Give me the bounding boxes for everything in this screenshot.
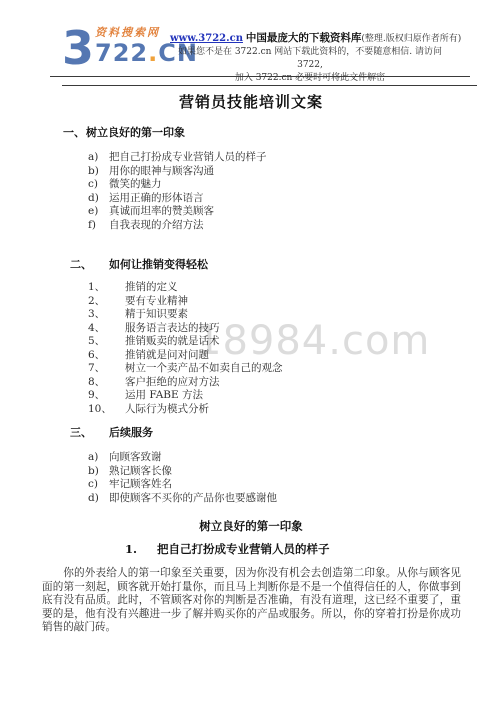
section-2-list: 1、推销的定义 2、要有专业精神 3、精于知识要素 4、服务语言表达的技巧 5、… <box>88 281 283 416</box>
item-marker: c) <box>88 178 109 192</box>
logo-rest-digits: 722 <box>95 39 148 67</box>
item-text: 自我表现的介绍方法 <box>109 219 204 231</box>
subheading-marker: 1. <box>125 542 157 556</box>
item-text: 即使顾客不买你的产品你也要感谢他 <box>109 492 277 504</box>
item-marker: d) <box>88 192 109 206</box>
item-text: 要有专业精神 <box>125 295 188 307</box>
item-text: 客户拒绝的应对方法 <box>125 376 220 388</box>
item-text: 真诚而坦率的赞美顾客 <box>109 205 214 217</box>
item-text: 精于知识要素 <box>125 308 188 320</box>
subheading-text: 把自己打扮成专业营销人员的样子 <box>157 542 330 556</box>
claim-note: (整理.版权归原作者所有) <box>361 34 461 44</box>
site-claim: 中国最庞大的下载资料库 <box>246 32 362 44</box>
header-line1: www.3722.cn 中国最庞大的下载资料库(整理.版权归原作者所有) <box>170 32 450 46</box>
item-marker: d) <box>88 492 109 506</box>
list-item: e)真诚而坦率的赞美顾客 <box>88 205 267 219</box>
page-title: 营销员技能培训文案 <box>42 91 460 112</box>
item-marker: 5、 <box>88 335 125 349</box>
section-2-title: 如何让推销变得轻松 <box>109 258 208 271</box>
header-divider-top <box>50 76 470 77</box>
item-text: 推销就是问对问题 <box>125 349 209 361</box>
header-notice-line2: 如果您不是在 3722.cn 网站下载此资料的，不要随意相信. 请访问 3722… <box>170 46 450 72</box>
list-item: c)牢记顾客姓名 <box>88 478 277 492</box>
item-text: 树立一个卖产品不如卖自己的观念 <box>125 362 283 374</box>
list-item: 2、要有专业精神 <box>88 295 283 309</box>
section-1-list: a)把自己打扮成专业营销人员的样子 b)用你的眼神与顾客沟通 c)微笑的魅力 d… <box>88 151 267 232</box>
list-item: d)运用正确的形体语言 <box>88 192 267 206</box>
item-text: 服务语言表达的技巧 <box>125 322 220 334</box>
section-3-list: a)向顾客致谢 b)熟记顾客长像 c)牢记顾客姓名 d)即使顾客不买你的产品你也… <box>88 451 277 505</box>
item-marker: b) <box>88 465 109 479</box>
list-item: 9、运用 FABE 方法 <box>88 389 283 403</box>
item-text: 牢记顾客姓名 <box>109 478 172 490</box>
section-3-label: 三、 <box>70 424 92 440</box>
header-notice-line3: 加入 3722.cn 必要时可将此文件解密 <box>170 72 450 85</box>
list-item: 3、精于知识要素 <box>88 308 283 322</box>
chapter-subheading: 1.把自己打扮成专业营销人员的样子 <box>125 541 330 557</box>
item-marker: 3、 <box>88 308 125 322</box>
section-3-title: 后续服务 <box>109 426 153 439</box>
list-item: 4、服务语言表达的技巧 <box>88 322 283 336</box>
section-3-heading: 三、后续服务 <box>70 424 153 440</box>
document-page: 18984.com 3 资料搜索网 722.CN www.3722.cn 中国最… <box>0 0 500 708</box>
item-marker: a) <box>88 451 109 465</box>
item-marker: 10、 <box>88 403 125 417</box>
item-marker: 7、 <box>88 362 125 376</box>
item-text: 推销的定义 <box>125 281 178 293</box>
section-1-heading: 一、树立良好的第一印象 <box>63 124 185 140</box>
list-item: 5、推销贩卖的就是话术 <box>88 335 283 349</box>
list-item: 1、推销的定义 <box>88 281 283 295</box>
item-marker: b) <box>88 165 109 179</box>
item-marker: f) <box>88 219 109 233</box>
list-item: b)熟记顾客长像 <box>88 465 277 479</box>
item-marker: e) <box>88 205 109 219</box>
list-item: a)把自己打扮成专业营销人员的样子 <box>88 151 267 165</box>
list-item: 10、人际行为模式分析 <box>88 403 283 417</box>
list-item: b)用你的眼神与顾客沟通 <box>88 165 267 179</box>
section-1-label: 一、 <box>63 124 85 140</box>
list-item: f)自我表现的介绍方法 <box>88 219 267 233</box>
item-marker: 1、 <box>88 281 125 295</box>
item-text: 运用 FABE 方法 <box>125 389 203 401</box>
item-marker: a) <box>88 151 109 165</box>
item-marker: 4、 <box>88 322 125 336</box>
list-item: 7、树立一个卖产品不如卖自己的观念 <box>88 362 283 376</box>
section-1-title: 树立良好的第一印象 <box>86 126 185 139</box>
body-paragraph: 你的外表给人的第一印象至关重要，因为你没有机会去创造第二印象。从你与顾客见面的第… <box>42 567 461 635</box>
item-text: 运用正确的形体语言 <box>109 192 204 204</box>
item-marker: 6、 <box>88 349 125 363</box>
item-text: 人际行为模式分析 <box>125 403 209 415</box>
list-item: a)向顾客致谢 <box>88 451 277 465</box>
item-text: 推销贩卖的就是话术 <box>125 335 220 347</box>
list-item: d)即使顾客不买你的产品你也要感谢他 <box>88 492 277 506</box>
section-2-heading: 二、如何让推销变得轻松 <box>70 256 208 272</box>
logo-dot: . <box>148 39 158 67</box>
item-marker: 9、 <box>88 389 125 403</box>
header-text-block: www.3722.cn 中国最庞大的下载资料库(整理.版权归原作者所有) 如果您… <box>170 32 450 85</box>
item-text: 熟记顾客长像 <box>109 465 172 477</box>
list-item: 6、推销就是问对问题 <box>88 349 283 363</box>
item-marker: c) <box>88 478 109 492</box>
item-text: 用你的眼神与顾客沟通 <box>109 165 214 177</box>
header-divider-bottom <box>62 85 477 86</box>
item-marker: 2、 <box>88 295 125 309</box>
list-item: 8、客户拒绝的应对方法 <box>88 376 283 390</box>
item-text: 向顾客致谢 <box>109 451 162 463</box>
item-text: 把自己打扮成专业营销人员的样子 <box>109 151 267 163</box>
list-item: c)微笑的魅力 <box>88 178 267 192</box>
site-link[interactable]: www.3722.cn <box>170 33 243 44</box>
logo-digit: 3 <box>62 26 94 70</box>
section-2-label: 二、 <box>70 256 92 272</box>
chapter-heading: 树立良好的第一印象 <box>42 518 460 534</box>
item-text: 微笑的魅力 <box>109 178 162 190</box>
item-marker: 8、 <box>88 376 125 390</box>
